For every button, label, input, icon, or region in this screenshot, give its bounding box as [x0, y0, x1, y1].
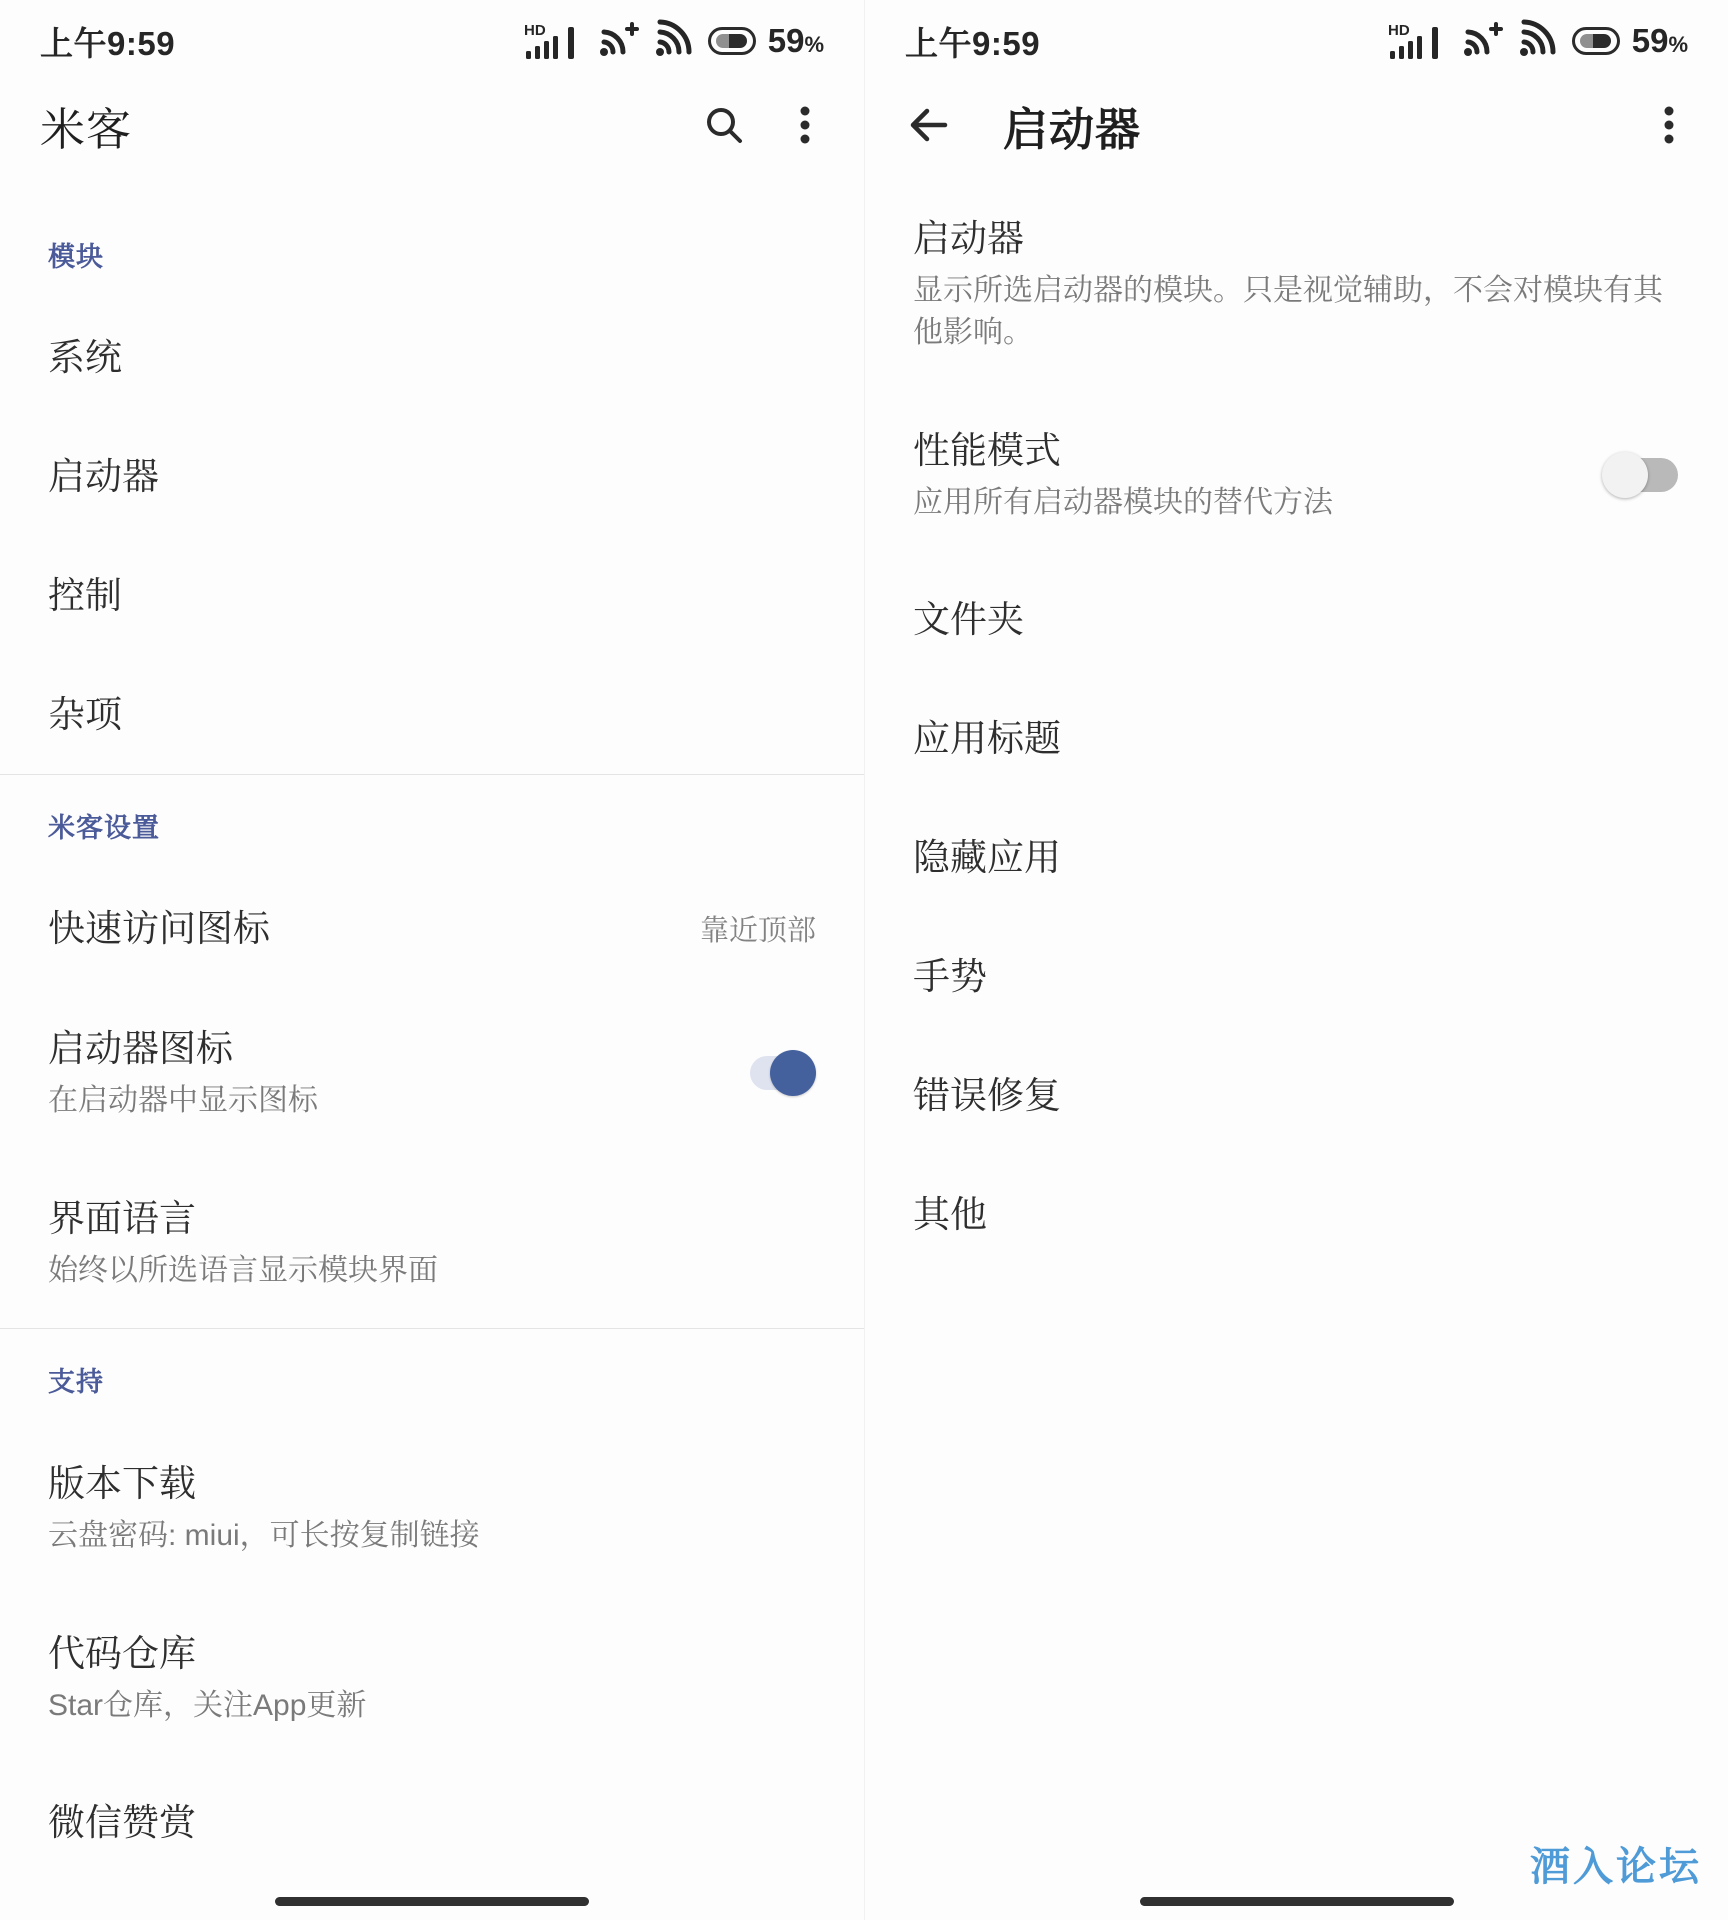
item-quick-access-icon[interactable]: 快速访问图标 靠近顶部: [0, 869, 864, 988]
more-options-icon: [798, 103, 812, 147]
status-bar: 上午9:59 HD: [865, 0, 1728, 72]
item-interface-language[interactable]: 界面语言 始终以所选语言显示模块界面: [0, 1158, 864, 1328]
item-text: 版本下载 云盘密码: miui，可长按复制链接: [48, 1459, 816, 1557]
item-others[interactable]: 其他: [865, 1155, 1728, 1274]
item-launcher-info[interactable]: 启动器 显示所选启动器的模块。只是视觉辅助，不会对模块有其他影响。: [865, 178, 1728, 390]
divider: [0, 774, 864, 775]
item-text: 界面语言 始终以所选语言显示模块界面: [48, 1194, 816, 1292]
item-launcher-icon[interactable]: 启动器图标 在启动器中显示图标: [0, 988, 864, 1158]
search-icon: [702, 103, 746, 147]
item-bug-fixes[interactable]: 错误修复: [865, 1036, 1728, 1155]
item-performance-mode[interactable]: 性能模式 应用所有启动器模块的替代方法: [865, 390, 1728, 560]
item-version-download[interactable]: 版本下载 云盘密码: miui，可长按复制链接: [0, 1423, 864, 1593]
item-title: 性能模式: [913, 426, 1602, 476]
back-button[interactable]: [905, 103, 951, 147]
page-title: 米客: [40, 93, 132, 158]
hd-badge: HD: [524, 22, 546, 39]
battery-icon: [708, 27, 756, 55]
wifi-assist-icon: [1462, 19, 1506, 64]
wifi-icon: [654, 19, 696, 64]
back-icon: [905, 103, 951, 147]
screen-mike-main: 上午9:59 HD: [0, 0, 864, 1920]
section-header: 模块: [0, 224, 864, 284]
wifi-assist-icon: [598, 19, 642, 64]
item-launcher[interactable]: 启动器: [0, 417, 864, 536]
item-title: 启动器: [913, 214, 1680, 264]
screen-launcher-settings: 上午9:59 HD: [864, 0, 1728, 1920]
item-text: 启动器图标 在启动器中显示图标: [48, 1024, 738, 1122]
item-gestures[interactable]: 手势: [865, 917, 1728, 1036]
battery-percent: 59%: [768, 22, 824, 60]
divider: [0, 1328, 864, 1329]
item-title: 微信赞赏: [48, 1798, 196, 1848]
forum-watermark: 酒入论坛: [1530, 1835, 1702, 1892]
item-subtitle: 云盘密码: miui，可长按复制链接: [48, 1515, 816, 1557]
battery-icon: [1572, 27, 1620, 55]
item-subtitle: 在启动器中显示图标: [48, 1080, 738, 1122]
section-mike-settings: 米客设置 快速访问图标 靠近顶部 启动器图标 在启动器中显示图标 界面语言 始终…: [0, 795, 864, 1328]
item-folders[interactable]: 文件夹: [865, 560, 1728, 679]
app-bar: 米客: [0, 72, 864, 178]
settings-list: 启动器 显示所选启动器的模块。只是视觉辅助，不会对模块有其他影响。 性能模式 应…: [865, 178, 1728, 1274]
item-title: 启动器: [48, 452, 159, 502]
item-title: 控制: [48, 571, 122, 621]
item-text: 启动器 显示所选启动器的模块。只是视觉辅助，不会对模块有其他影响。: [913, 214, 1680, 354]
toggle-switch[interactable]: [738, 1049, 816, 1097]
cellular-signal-icon: HD: [524, 21, 586, 61]
status-icons: HD: [524, 19, 824, 64]
section-header: 支持: [0, 1349, 864, 1409]
item-control[interactable]: 控制: [0, 536, 864, 655]
battery-percent: 59%: [1632, 22, 1688, 60]
item-hidden-apps[interactable]: 隐藏应用: [865, 798, 1728, 917]
item-title: 系统: [48, 333, 122, 383]
item-title: 错误修复: [913, 1071, 1061, 1121]
item-subtitle: 始终以所选语言显示模块界面: [48, 1250, 816, 1292]
search-button[interactable]: [702, 103, 746, 147]
gesture-bar[interactable]: [1140, 1897, 1454, 1906]
app-bar: 启动器: [865, 72, 1728, 178]
more-options-button[interactable]: [798, 103, 812, 147]
item-title: 杂项: [48, 690, 122, 740]
status-time: 上午9:59: [905, 18, 1040, 65]
item-title: 版本下载: [48, 1459, 816, 1509]
item-wechat-donate[interactable]: 微信赞赏: [0, 1763, 864, 1882]
item-app-title[interactable]: 应用标题: [865, 679, 1728, 798]
settings-list: 模块 系统 启动器 控制 杂项 米客设置 快速访问图标: [0, 224, 864, 1882]
hd-badge: HD: [1388, 22, 1410, 39]
item-title: 界面语言: [48, 1194, 816, 1244]
item-value: 靠近顶部: [700, 908, 816, 949]
item-title: 代码仓库: [48, 1629, 816, 1679]
item-subtitle: 显示所选启动器的模块。只是视觉辅助，不会对模块有其他影响。: [913, 270, 1680, 354]
item-subtitle: Star仓库，关注App更新: [48, 1685, 816, 1727]
status-icons: HD: [1388, 19, 1688, 64]
gesture-bar[interactable]: [275, 1897, 589, 1906]
screenshot-canvas: 上午9:59 HD: [0, 0, 1728, 1920]
status-bar: 上午9:59 HD: [0, 0, 864, 72]
page-title: 启动器: [1003, 93, 1141, 158]
item-title: 文件夹: [913, 595, 1024, 645]
status-time: 上午9:59: [40, 18, 175, 65]
item-title: 其他: [913, 1190, 987, 1240]
more-options-icon: [1662, 103, 1676, 147]
wifi-icon: [1518, 19, 1560, 64]
more-options-button[interactable]: [1662, 103, 1676, 147]
item-title: 隐藏应用: [913, 833, 1061, 883]
section-support: 支持 版本下载 云盘密码: miui，可长按复制链接 代码仓库 Star仓库，关…: [0, 1349, 864, 1882]
section-header: 米客设置: [0, 795, 864, 855]
item-text: 性能模式 应用所有启动器模块的替代方法: [913, 426, 1602, 524]
cellular-signal-icon: HD: [1388, 21, 1450, 61]
item-text: 代码仓库 Star仓库，关注App更新: [48, 1629, 816, 1727]
item-title: 手势: [913, 952, 987, 1002]
item-title: 应用标题: [913, 714, 1061, 764]
section-modules: 模块 系统 启动器 控制 杂项: [0, 224, 864, 774]
item-title: 快速访问图标: [48, 904, 270, 954]
toggle-switch[interactable]: [1602, 451, 1680, 499]
item-system[interactable]: 系统: [0, 298, 864, 417]
item-title: 启动器图标: [48, 1024, 738, 1074]
item-code-repo[interactable]: 代码仓库 Star仓库，关注App更新: [0, 1593, 864, 1763]
item-misc[interactable]: 杂项: [0, 655, 864, 774]
item-subtitle: 应用所有启动器模块的替代方法: [913, 482, 1602, 524]
